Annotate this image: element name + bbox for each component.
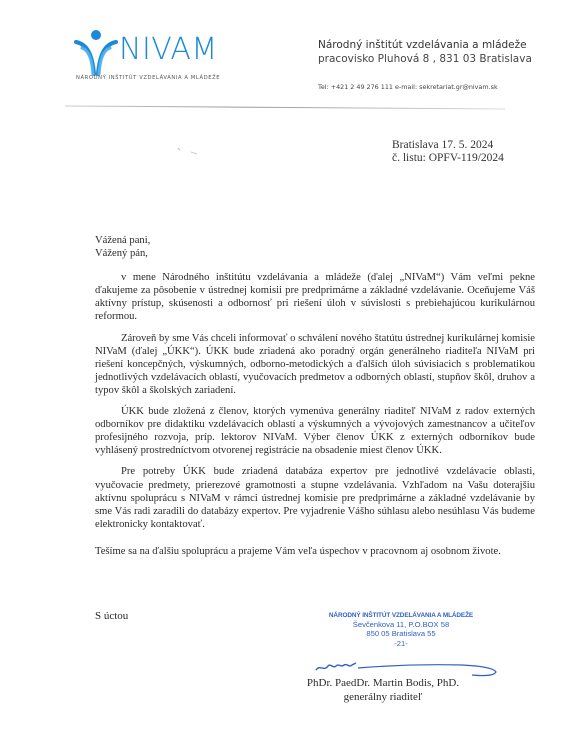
official-stamp: NÁRODNÝ INŠTITÚT VZDELÁVANIA A MLÁDEŽE Š… bbox=[316, 611, 486, 648]
logo-wordmark: NIVAM bbox=[119, 32, 218, 67]
place-date: Bratislava 17. 5. 2024 bbox=[392, 139, 504, 152]
paragraph-database: Pre potreby ÚKK bude zriadená databáza e… bbox=[95, 465, 535, 530]
stamp-number: -21- bbox=[316, 639, 486, 648]
paragraph-statute: Zároveň by sme Vás chceli informovať o s… bbox=[95, 332, 535, 397]
signer-name: PhDr. PaedDr. Martin Bodis, PhD. bbox=[298, 676, 468, 690]
organization-block: Národný inštitút vzdelávania a mládeže p… bbox=[318, 38, 532, 66]
salutation-male: Vážený pán, bbox=[95, 247, 535, 260]
signer-title: generálny riaditeľ bbox=[298, 690, 468, 704]
organization-name: Národný inštitút vzdelávania a mládeže bbox=[318, 38, 532, 52]
paragraph-members: ÚKK bude zložená z členov, ktorých vymen… bbox=[95, 405, 535, 457]
stamp-street: Ševčenkova 11, P.O.BOX 58 bbox=[316, 620, 486, 629]
nivam-logo: NIVAM bbox=[74, 28, 234, 78]
signer-block: PhDr. PaedDr. Martin Bodis, PhD. generál… bbox=[298, 676, 468, 704]
letter-meta: Bratislava 17. 5. 2024 č. listu: OPFV-11… bbox=[392, 139, 504, 165]
logo-subtitle: NÁRODNÝ INŠTITÚT VZDELÁVANIA A MLÁDEŽE bbox=[76, 75, 220, 81]
organization-address: pracovisko Pluhová 8 , 831 03 Bratislava bbox=[318, 52, 532, 66]
scan-speck-icon bbox=[177, 147, 199, 157]
stamp-city: 850 05 Bratislava 55 bbox=[316, 629, 486, 638]
reference-number: č. listu: OPFV-119/2024 bbox=[392, 152, 504, 165]
letterhead: NIVAM NÁRODNÝ INŠTITÚT VZDELÁVANIA A MLÁ… bbox=[0, 0, 585, 115]
letter-body: Vážená pani, Vážený pán, v mene Národnéh… bbox=[95, 234, 535, 558]
regards: S úctou bbox=[95, 610, 128, 622]
stamp-org-name: NÁRODNÝ INŠTITÚT VZDELÁVANIA A MLÁDEŽE bbox=[316, 611, 486, 620]
handwritten-signature-icon bbox=[312, 656, 502, 678]
letterhead-divider bbox=[65, 105, 505, 109]
closing-line: Tešíme sa na ďalšiu spoluprácu a prajeme… bbox=[95, 545, 535, 558]
paragraph-thanks: v mene Národného inštitútu vzdelávania a… bbox=[95, 271, 535, 323]
organization-contact: Tel: +421 2 49 276 111 e-mail: sekretari… bbox=[318, 83, 498, 91]
nivam-figure-icon bbox=[74, 28, 118, 78]
salutation-female: Vážená pani, bbox=[95, 234, 535, 247]
